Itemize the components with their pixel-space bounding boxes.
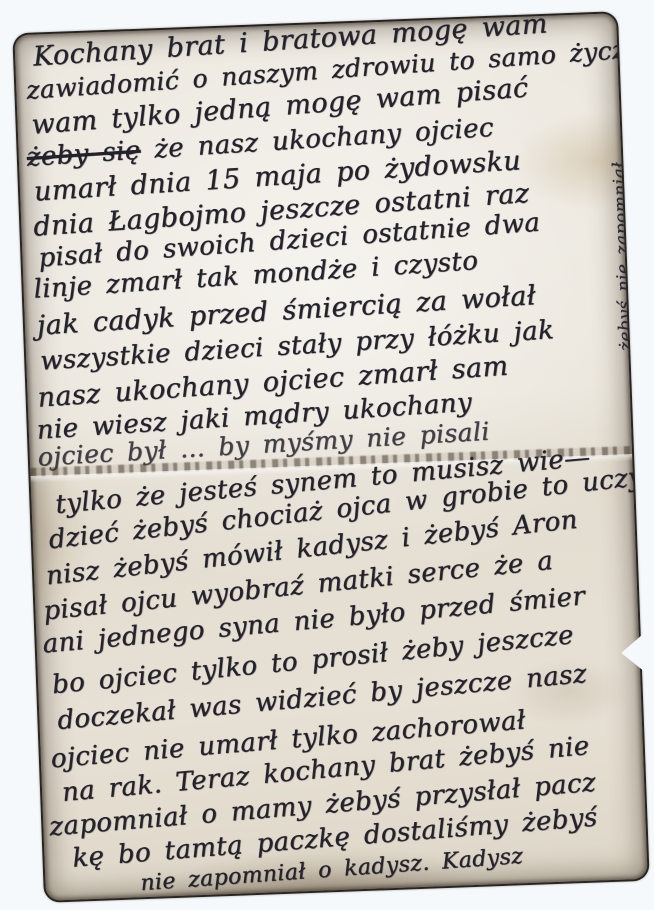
struck-text: żeby się: [26, 136, 142, 173]
letter-top-half: Kochany brat i bratowa mogę wamzawiadomi…: [14, 13, 616, 35]
letter-card: Kochany brat i bratowa mogę wamzawiadomi…: [12, 11, 649, 903]
margin-note: żebyś nie zapomniał: [609, 162, 636, 352]
letter-photo: Kochany brat i bratowa mogę wamzawiadomi…: [0, 0, 654, 910]
